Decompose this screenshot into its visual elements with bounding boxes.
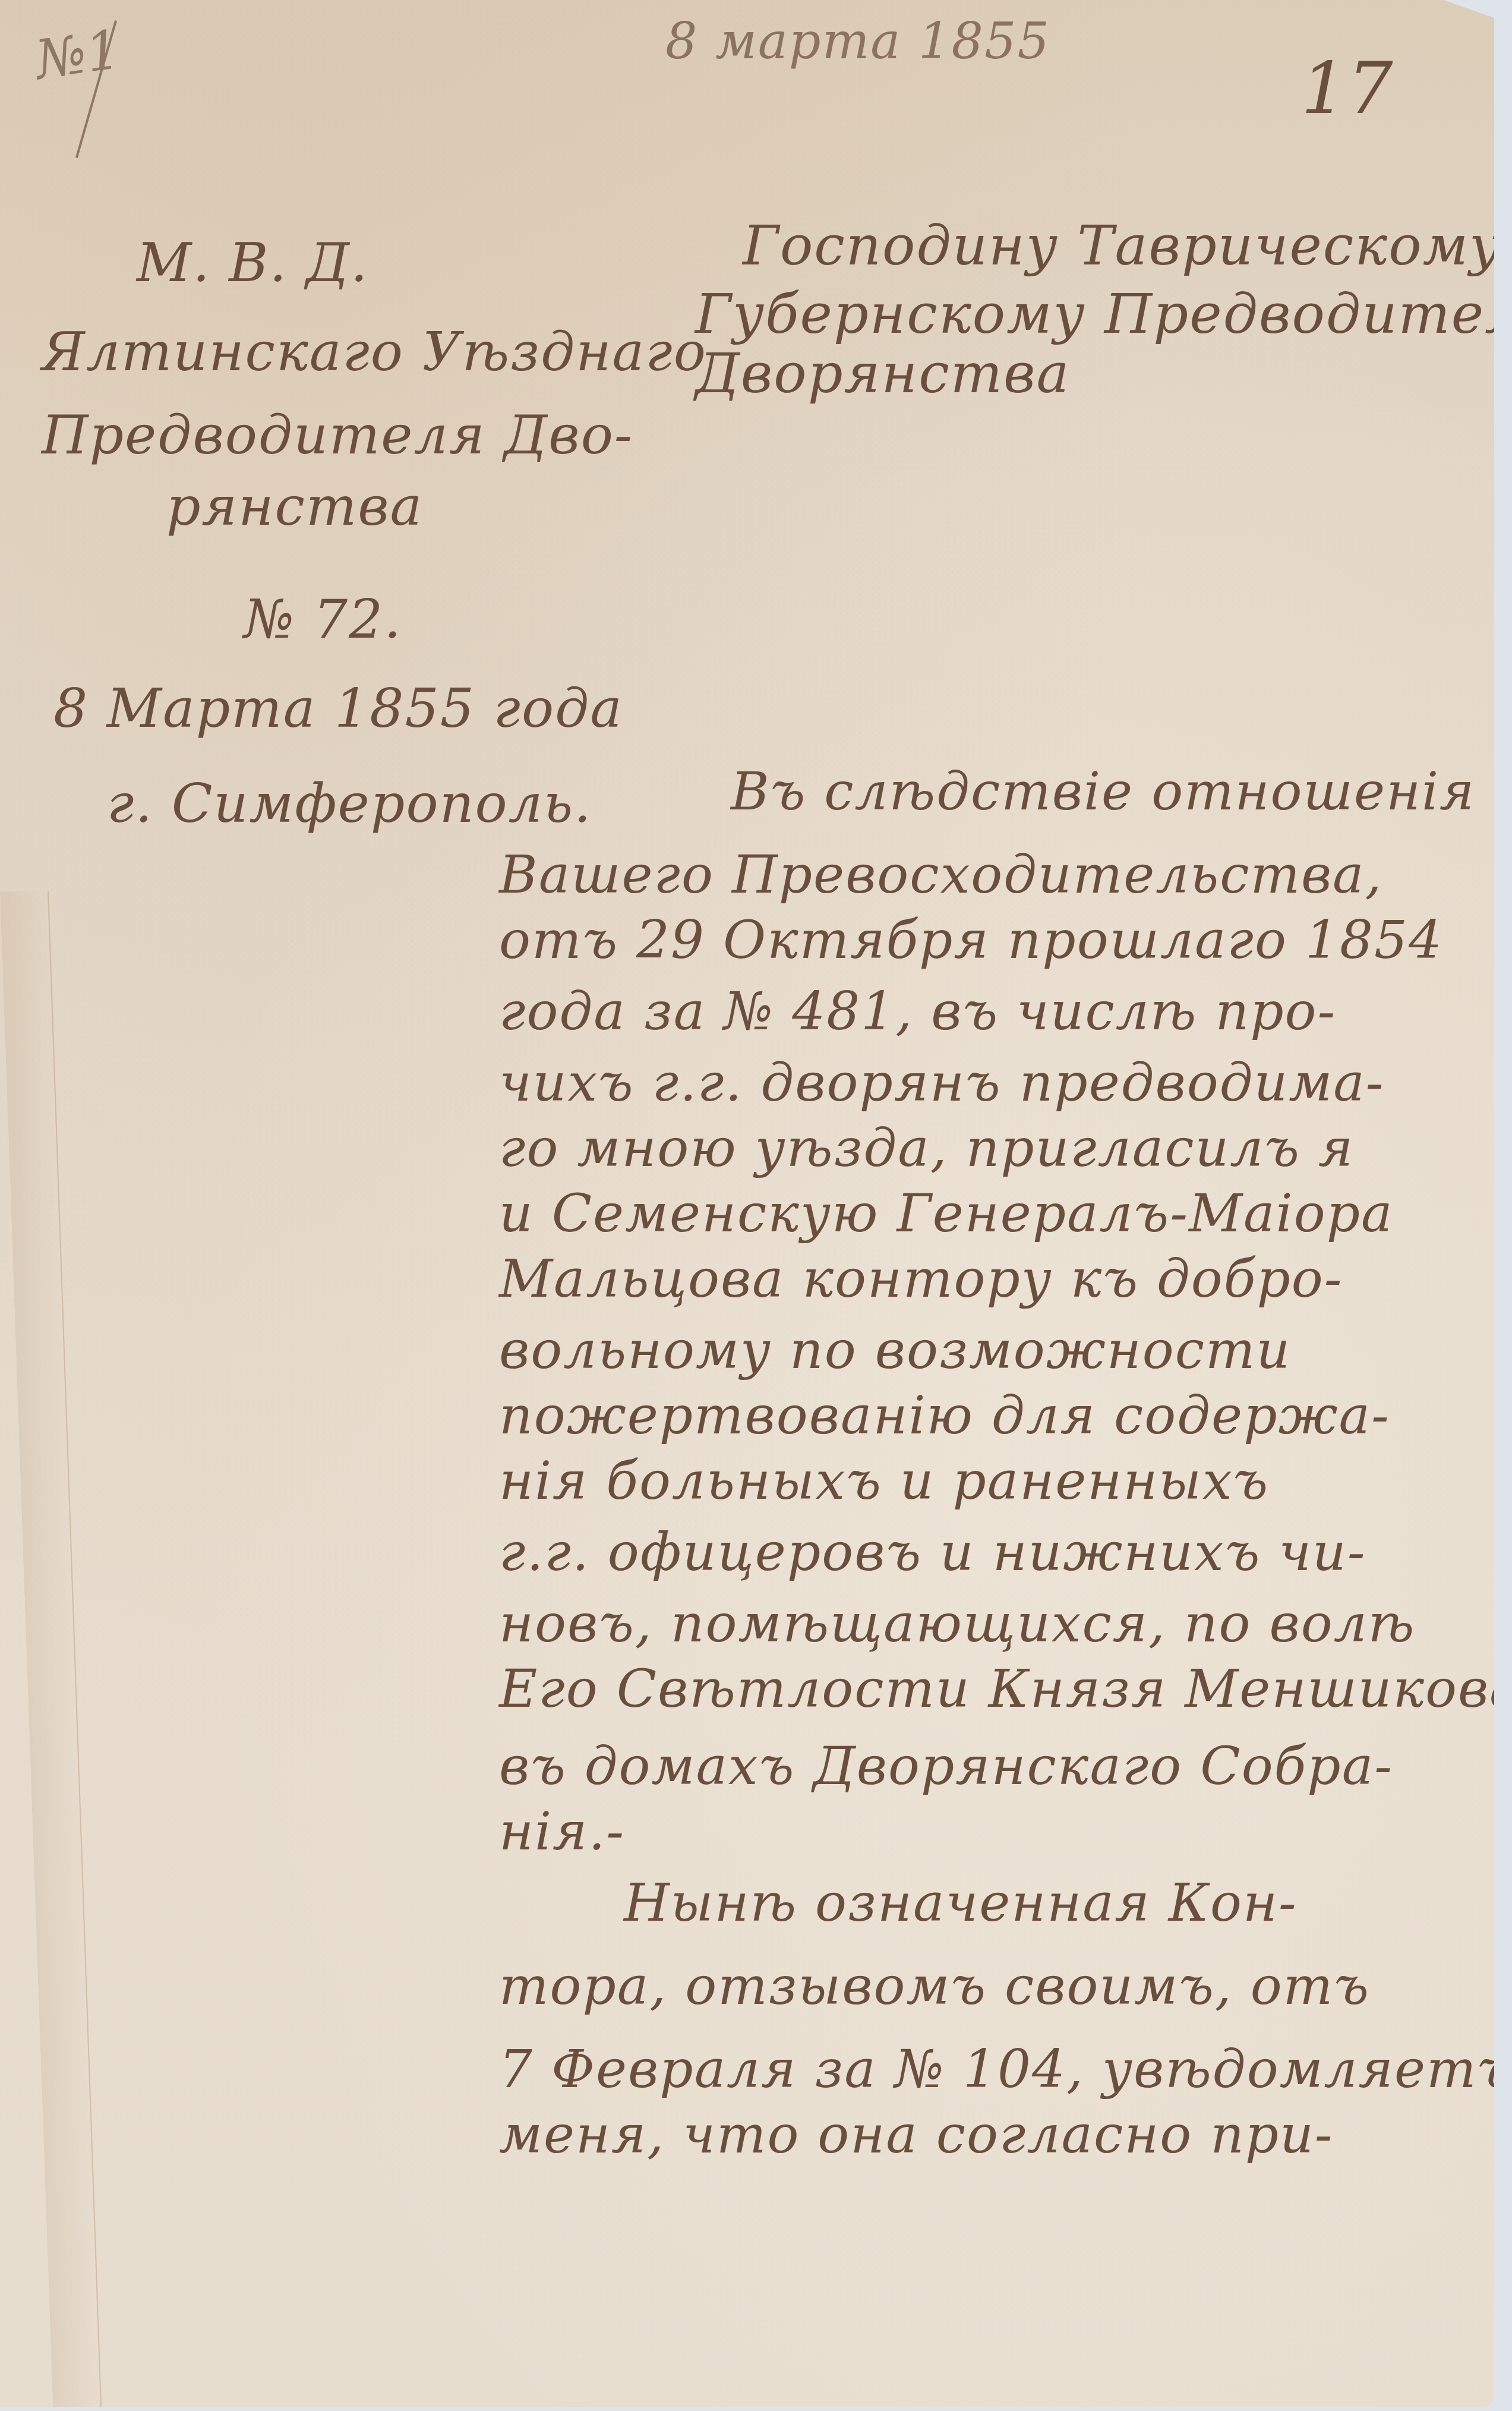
archive-number-mark: №1 xyxy=(31,18,124,92)
body-line-11: нія больныхъ и раненныхъ xyxy=(499,1450,1473,1511)
body-line-16: нія.- xyxy=(499,1801,1473,1862)
body-line-6: го мною уѣзда, пригласилъ я xyxy=(499,1117,1473,1178)
folio-number: 17 xyxy=(1301,48,1394,130)
addressee-line-1: Господину Таврическому xyxy=(743,214,1502,278)
letter-place: г. Симферополь. xyxy=(107,773,592,835)
sender-line-3: рянства xyxy=(166,475,423,538)
body-line-13: новъ, помѣщающихся, по волѣ xyxy=(499,1593,1473,1654)
received-date-note: 8 марта 1855 xyxy=(665,12,1050,70)
body-line-10: пожертвованію для содержа- xyxy=(499,1385,1473,1446)
body-line-2: Вашего Превосходительства, xyxy=(499,844,1473,905)
letter-page: №1 8 марта 1855 17 М. В. Д. Ялтинскаго У… xyxy=(0,0,1494,2407)
body-line-1: Въ слѣдствіе отношенія xyxy=(731,761,1473,822)
body-line-19: 7 Февраля за № 104, увѣдомляетъ xyxy=(499,2038,1473,2100)
outgoing-number: № 72. xyxy=(244,588,402,651)
addressee-line-2: Губернскому Предводителю xyxy=(695,282,1512,346)
ministry-abbrev: М. В. Д. xyxy=(137,232,369,294)
body-line-12: г.г. офицеровъ и нижнихъ чи- xyxy=(499,1521,1473,1583)
body-line-14: Его Свѣтлости Князя Меншикова, xyxy=(499,1658,1473,1719)
body-line-4: года за № 481, въ числѣ про- xyxy=(499,981,1473,1042)
body-line-9: вольному по возможности xyxy=(499,1319,1473,1381)
body-line-20: меня, что она согласно при- xyxy=(499,2104,1473,2165)
body-line-17: Нынѣ означенная Кон- xyxy=(624,1872,1473,1933)
body-line-15: въ домахъ Дворянскаго Собра- xyxy=(499,1735,1473,1797)
body-line-18: тора, отзывомъ своимъ, отъ xyxy=(499,1955,1473,2016)
sender-line-2: Предводителя Дво- xyxy=(42,404,633,467)
addressee-line-3: Дворянства xyxy=(695,342,1070,405)
body-line-8: Мальцова контору къ добро- xyxy=(499,1248,1473,1309)
body-line-7: и Семенскую Генералъ-Маiора xyxy=(499,1183,1473,1244)
letter-date: 8 Марта 1855 года xyxy=(53,677,623,740)
body-line-3: отъ 29 Октября прошлаго 1854 xyxy=(499,909,1473,970)
sender-line-1: Ялтинскаго Уѣзднаго xyxy=(42,321,707,383)
body-line-5: чихъ г.г. дворянъ предводима- xyxy=(499,1052,1473,1113)
